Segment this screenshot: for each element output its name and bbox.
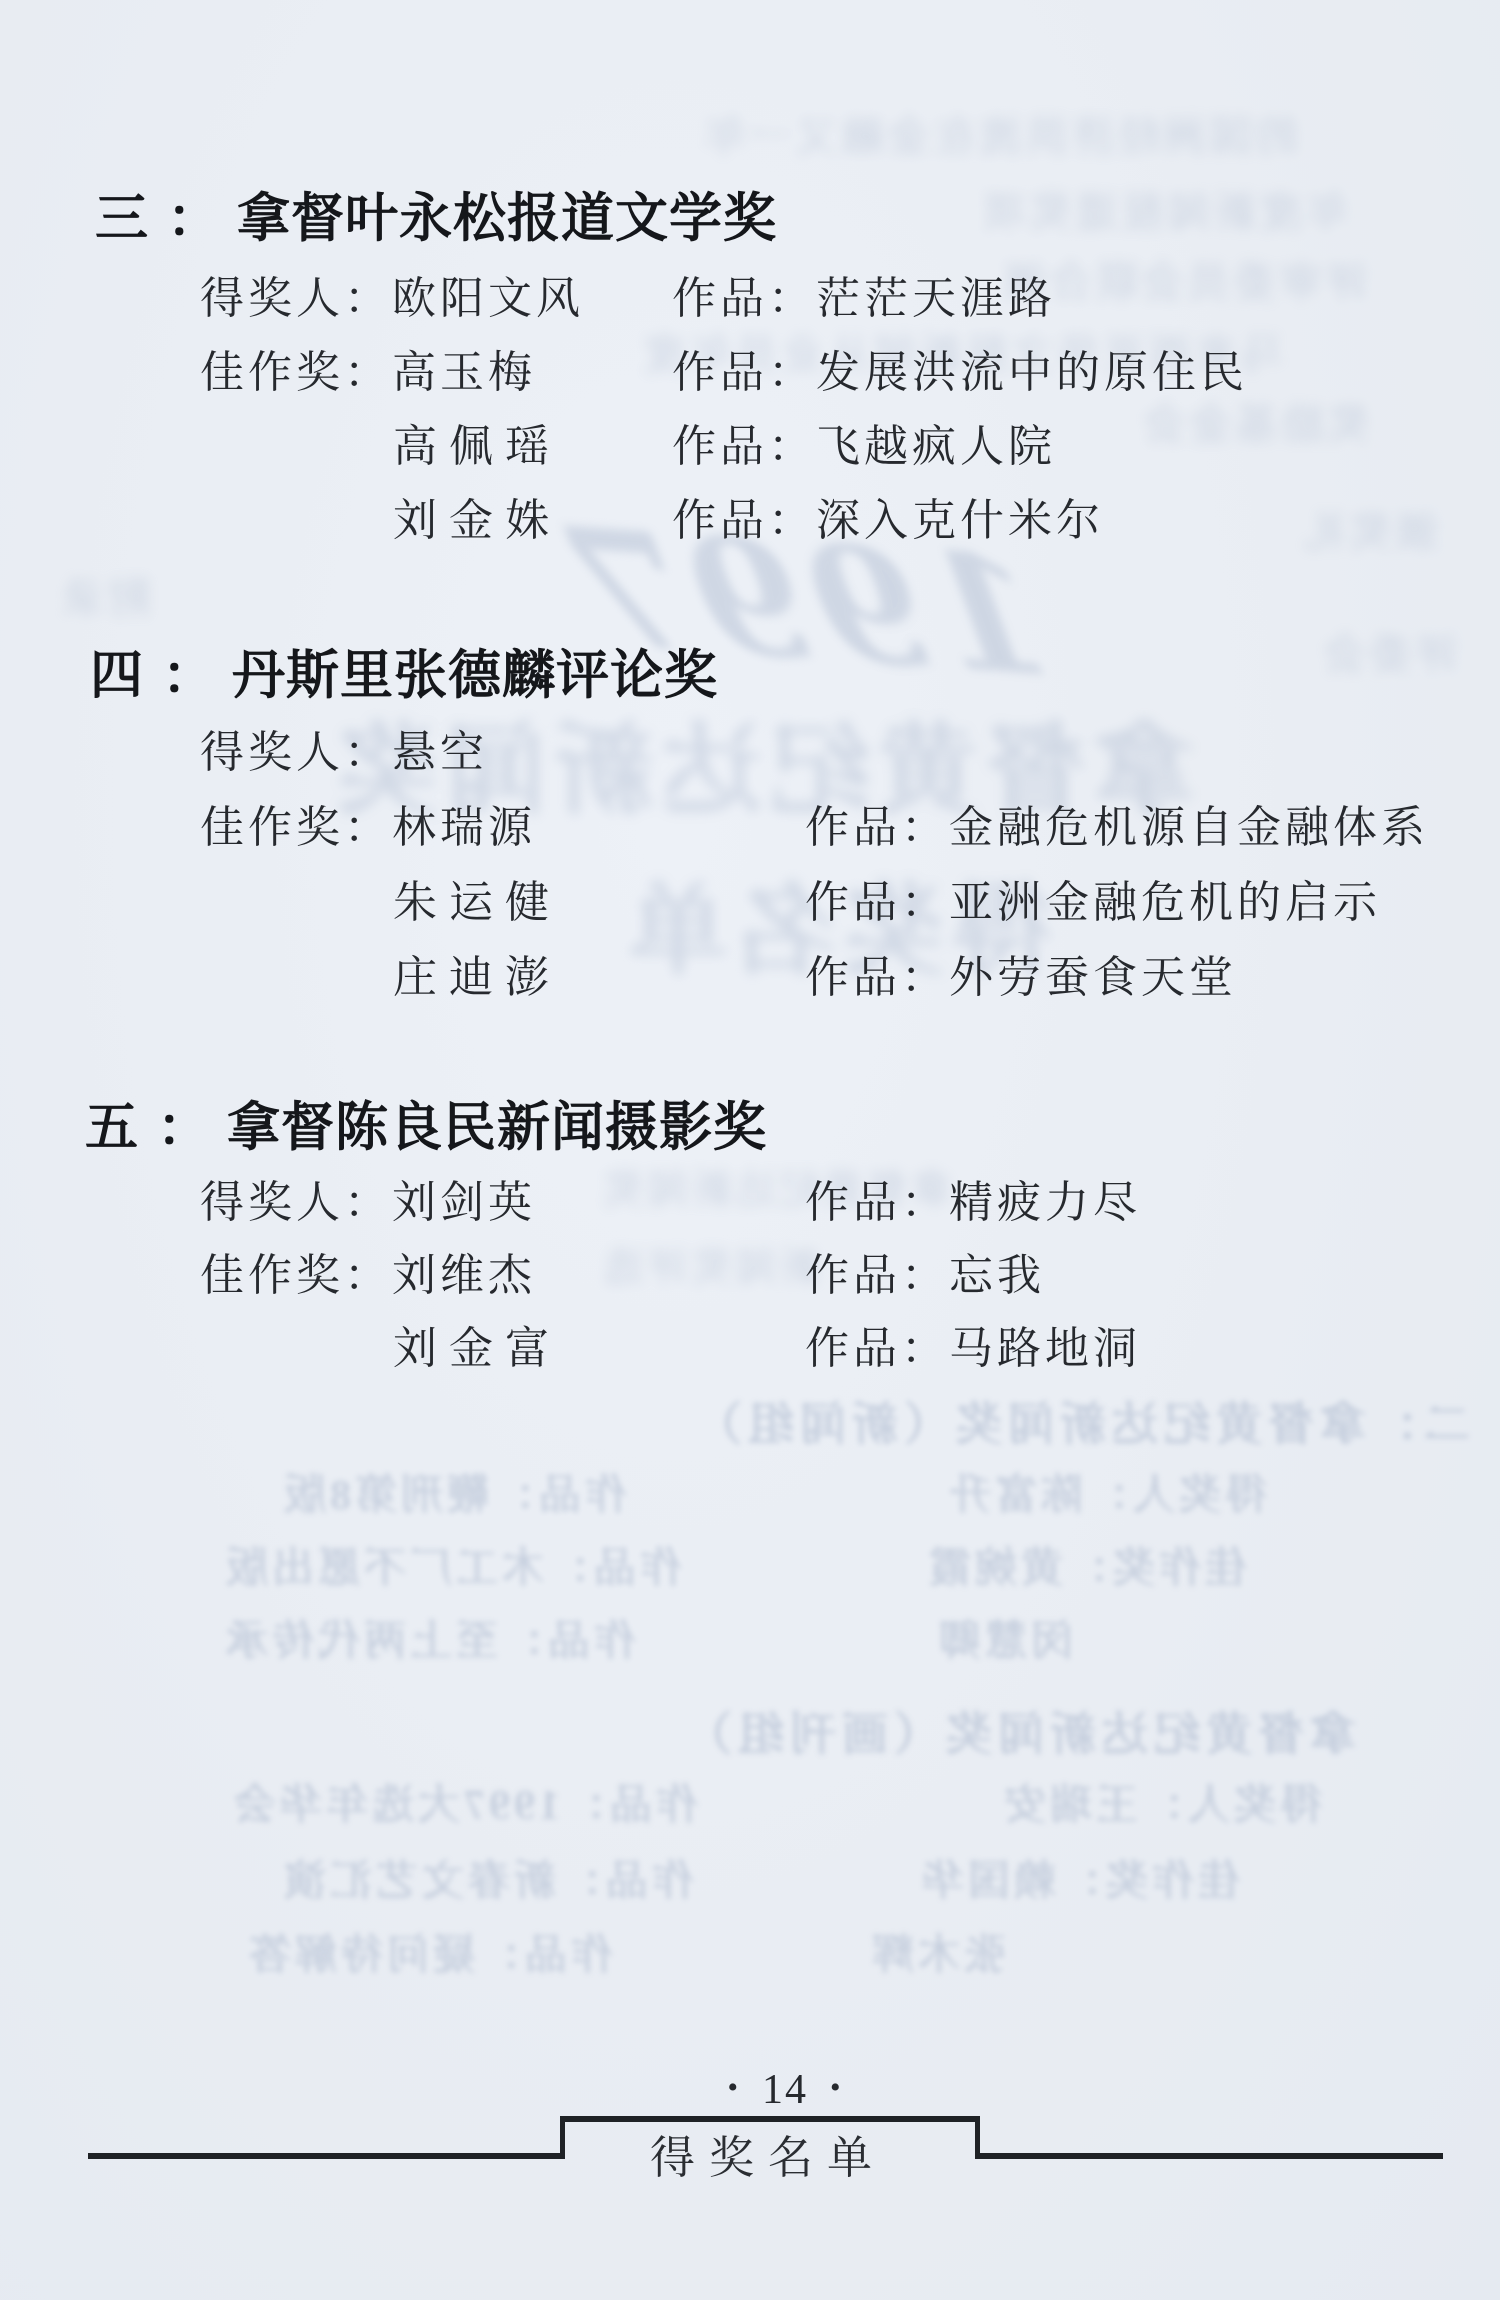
bleedthrough-row-work: 作品：1997大选年华会 [230, 1772, 698, 1832]
page-number: •14• [585, 2066, 985, 2114]
winner-label: 佳作奖：刘维杰 [200, 1239, 536, 1303]
page-number-value: 14 [762, 2067, 808, 2113]
work-label: 作品：深入克什米尔 [672, 484, 1104, 548]
work-label: 作品：忘我 [805, 1239, 1045, 1303]
section-heading: 四：丹斯里张德麟评论奖 [90, 633, 718, 709]
work-label: 作品：马路地洞 [805, 1312, 1141, 1376]
bleedthrough-smudge: 的国洲经济洪流在金融又一年 [700, 104, 1298, 164]
section-number: 五 [85, 1098, 139, 1157]
section-heading: 三：拿督叶永松报道文学奖 [95, 176, 777, 252]
bleedthrough-row-winner: 张木辉 [868, 1922, 1006, 1982]
winner-label: 刘金富 [393, 1312, 561, 1376]
winner-label: 刘金姝 [393, 484, 561, 548]
bleedthrough-smudge: 颁奖礼 [1300, 500, 1438, 560]
bleedthrough-row-winner: 佳作奖：黄婉霞 [925, 1535, 1247, 1595]
bleedthrough-heading-pictorial: 拿督黄纪达新闻奖（画刊组） [680, 1698, 1356, 1764]
page-number-bullet-left: • [727, 2071, 740, 2104]
winner-label: 佳作奖：高玉梅 [200, 336, 536, 400]
footer-rule-right [976, 2153, 1443, 2159]
bleedthrough-row-work: 作品：至上两代传承 [222, 1608, 636, 1668]
footer-tab-label: 得奖名单 [558, 2121, 978, 2186]
footer-rule-left [88, 2153, 564, 2159]
winner-label: 得奖人：欧阳文风 [200, 262, 584, 326]
section-colon: ： [162, 646, 216, 705]
work-label: 作品：外劳蚕食天堂 [805, 941, 1237, 1005]
section-title: 拿督陈良民新闻摄影奖 [227, 1098, 767, 1157]
bleedthrough-smudge: 奖励基金会 [1140, 392, 1370, 452]
winner-label: 得奖人：悬空 [200, 716, 488, 780]
section-number: 三 [95, 189, 149, 248]
work-label: 作品：精疲力尽 [805, 1166, 1141, 1230]
page-number-bullet-right: • [830, 2071, 843, 2104]
section-colon: ： [157, 1098, 211, 1157]
work-label: 作品：飞越疯人院 [672, 410, 1056, 474]
bleedthrough-smudge: 评委会 [1320, 622, 1458, 682]
work-label: 作品：亚洲金融危机的启示 [805, 866, 1381, 930]
section-title: 丹斯里张德麟评论奖 [232, 646, 718, 705]
bleedthrough-heading-news: 二：拿督黄纪达新闻奖（新闻组） [690, 1388, 1470, 1454]
winner-label: 得奖人：刘剑英 [200, 1166, 536, 1230]
winner-label: 佳作奖：林瑞源 [200, 791, 536, 855]
bleedthrough-row-work: 作品：疑问待解答 [245, 1922, 613, 1982]
section-colon: ： [167, 189, 221, 248]
bleedthrough-smudge: 新闻奖评选 [600, 1236, 820, 1293]
winner-label: 高佩瑶 [393, 410, 561, 474]
bleedthrough-smudge: 年度新闻报道奖项 [980, 180, 1348, 240]
work-label: 作品：发展洪流中的原住民 [672, 336, 1248, 400]
bleedthrough-row-work: 作品：鞭刑第8版 [280, 1462, 627, 1522]
bleedthrough-row-winner: 得奖人：王瑞安 [1000, 1772, 1322, 1832]
bleedthrough-row-work: 作品：木工厂不愿出版 [222, 1535, 682, 1595]
work-label: 作品：金融危机源自金融体系 [805, 791, 1429, 855]
winner-label: 朱运健 [393, 866, 561, 930]
bleedthrough-row-winner: 佳作奖：赖国华 [918, 1848, 1240, 1908]
scanned-book-page: 的国洲经济洪流在金融又一年 年度新闻报道奖项 评审委员会联合颁 马来西亚华文报新… [0, 0, 1500, 2300]
section-number: 四 [90, 646, 144, 705]
bleedthrough-row-work: 作品：新春文艺汇演 [280, 1848, 694, 1908]
bleedthrough-smudge: 附录 [58, 566, 150, 626]
section-title: 拿督叶永松报道文学奖 [237, 189, 777, 248]
winner-label: 庄迪澎 [393, 941, 561, 1005]
work-label: 作品：茫茫天涯路 [672, 262, 1056, 326]
bleedthrough-row-winner: 得奖人：陈富升 [945, 1462, 1267, 1522]
bleedthrough-row-winner: 闵慧卿 [935, 1608, 1073, 1668]
section-heading: 五：拿督陈良民新闻摄影奖 [85, 1085, 767, 1161]
